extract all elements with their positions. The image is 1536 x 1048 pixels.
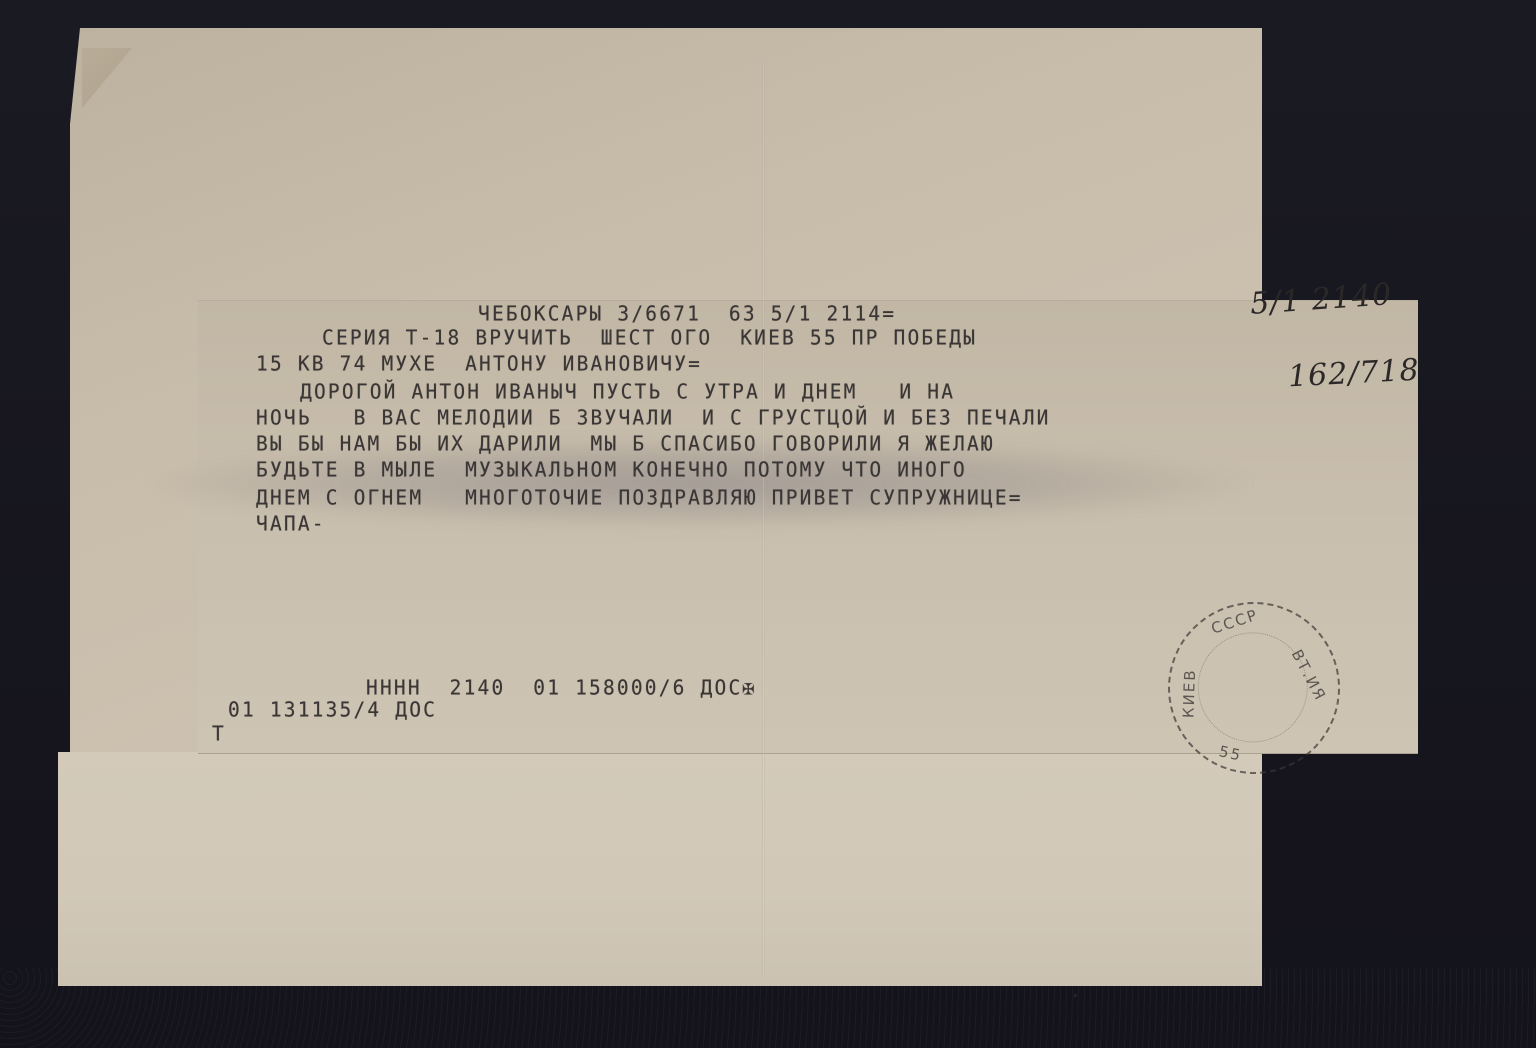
telegram-line-4: НОЧЬ В ВАС МЕЛОДИИ Б ЗВУЧАЛИ И С ГРУСТЦО… [256, 405, 1051, 429]
telegram-line-3: ДОРОГОЙ АНТОН ИВАНЫЧ ПУСТЬ С УТРА И ДНЕМ… [300, 379, 955, 403]
telegram-line-2: 15 КВ 74 МУХЕ АНТОНУ ИВАНОВИЧУ= [256, 351, 702, 375]
postmark-inner-ring [1183, 618, 1322, 757]
telegram-line-7: ДНЕМ С ОГНЕМ МНОГОТОЧИЕ ПОЗДРАВЛЯЮ ПРИВЕ… [256, 485, 1023, 509]
handwritten-note-number: 162/718 [1287, 353, 1420, 395]
telegram-footer-2: 01 131135/4 ДОС [228, 697, 437, 721]
postmark-city: КИЕВ [1179, 668, 1199, 718]
telegram-signature: ЧАПА- [256, 511, 326, 535]
lower-paper-band [58, 752, 1262, 986]
telegram-line-6: БУДЬТЕ В МЫЛЕ МУЗЫКАЛЬНОМ КОНЕЧНО ПОТОМУ… [256, 457, 967, 481]
telegram-footer-3: Т [212, 721, 226, 745]
telegram-line-1: СЕРИЯ Т-18 ВРУЧИТЬ ШЕСТ ОГО КИЕВ 55 ПР П… [322, 325, 977, 349]
postmark-number: 55 [1217, 742, 1243, 764]
telegram-header: ЧЕБОКСАРЫ 3/6671 63 5/1 2114= [478, 301, 896, 325]
center-fold-line [762, 60, 765, 980]
telegram-footer-1: НННН 2140 01 158000/6 ДОС✠ [366, 675, 756, 699]
telegram-line-5: ВЫ БЫ НАМ БЫ ИХ ДАРИЛИ МЫ Б СПАСИБО ГОВО… [256, 431, 995, 455]
